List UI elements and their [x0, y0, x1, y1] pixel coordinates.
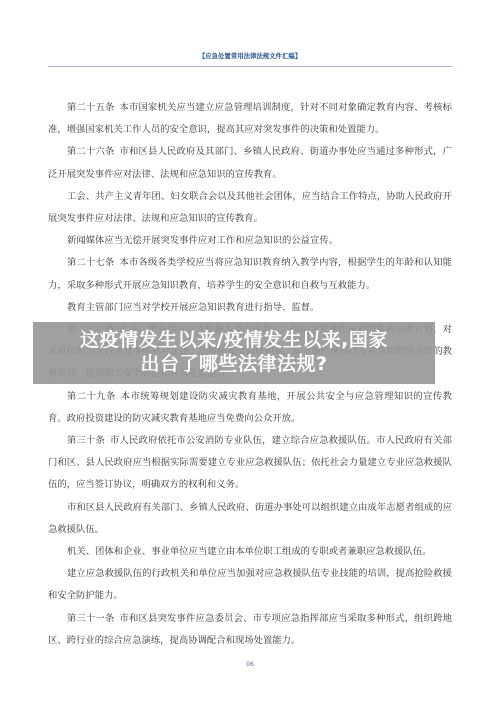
paragraph: 机关、团体和企业、事业单位应当建立由本单位职工组成的专职或者兼职应急救援队伍。	[48, 541, 452, 563]
headline-title: 这疫情发生以来/疫情发生以来,国家 出台了哪些法律法规?	[33, 322, 435, 384]
running-header: 【应急处置常用法律法规文件汇编】	[0, 51, 500, 61]
paragraph-article-30: 第三十条市人民政府依托市公安消防专业队伍，建立综合应急救援队伍。市人民政府有关部…	[48, 430, 452, 497]
paragraph-article-31: 第三十一条市和区县突发事件应急委员会、市专项应急指挥部应当采取多种形式，组织跨地…	[48, 608, 452, 652]
paragraph-text: 市和区县人民政府有关部门、乡镇人民政府、街道办事处可以组织建立由成年志愿者组成的…	[48, 502, 452, 535]
page-number: 06	[0, 661, 500, 668]
paragraph-text: 新闻媒体应当无偿开展突发事件应对工作和应急知识的公益宣传。	[67, 235, 338, 246]
paragraph-text: 教育主管部门应当对学校开展应急知识教育进行指导、监督。	[67, 302, 319, 313]
article-number: 第三十条	[67, 435, 105, 446]
headline-overlay-banner: 这疫情发生以来/疫情发生以来,国家 出台了哪些法律法规?	[33, 322, 435, 384]
headline-line-2: 出台了哪些法律法规?	[33, 352, 435, 376]
paragraph: 工会、共产主义青年团、妇女联合会以及其他社会团体，应当结合工作特点，协助人民政府…	[48, 186, 452, 230]
header-divider	[48, 66, 452, 67]
paragraph-article-27: 第二十七条本市各级各类学校应当将应急知识教育纳入教学内容，根据学生的年龄和认知能…	[48, 252, 452, 296]
paragraph: 新闻媒体应当无偿开展突发事件应对工作和应急知识的公益宣传。	[48, 230, 452, 252]
article-number: 第二十六条	[67, 146, 115, 157]
article-number: 第二十七条	[67, 257, 115, 268]
paragraph-text: 机关、团体和企业、事业单位应当建立由本单位职工组成的专职或者兼职应急救援队伍。	[67, 546, 432, 557]
article-number: 第二十九条	[67, 391, 116, 402]
paragraph-article-26: 第二十六条市和区县人民政府及其部门、乡镇人民政府、街道办事处应当通过多种形式，广…	[48, 141, 452, 185]
paragraph: 教育主管部门应当对学校开展应急知识教育进行指导、监督。	[48, 297, 452, 319]
paragraph-text: 市人民政府依托市公安消防专业队伍，建立综合应急救援队伍。市人民政府有关部门和区、…	[48, 435, 452, 490]
document-page: 【应急处置常用法律法规文件汇编】 第二十五条本市国家机关应当建立应急管理培训制度…	[0, 0, 500, 707]
paragraph: 市和区县人民政府有关部门、乡镇人民政府、街道办事处可以组织建立由成年志愿者组成的…	[48, 497, 452, 541]
paragraph-article-25: 第二十五条本市国家机关应当建立应急管理培训制度，针对不同对象确定教育内容、考核标…	[48, 97, 452, 141]
headline-line-1: 这疫情发生以来/疫情发生以来,国家	[33, 328, 435, 352]
paragraph-article-29: 第二十九条本市统筹规划建设防灾减灾教育基地，开展公共安全与应急管理知识的宣传教育…	[48, 386, 452, 430]
paragraph-text: 建立应急救援队伍的行政机关和单位应当加强对应急救援队伍专业技能的培训，提高抢险救…	[48, 568, 452, 601]
paragraph: 建立应急救援队伍的行政机关和单位应当加强对应急救援队伍专业技能的培训，提高抢险救…	[48, 563, 452, 607]
article-number: 第三十一条	[67, 613, 115, 624]
paragraph-text: 工会、共产主义青年团、妇女联合会以及其他社会团体，应当结合工作特点，协助人民政府…	[48, 191, 452, 224]
article-number: 第二十五条	[67, 102, 115, 113]
